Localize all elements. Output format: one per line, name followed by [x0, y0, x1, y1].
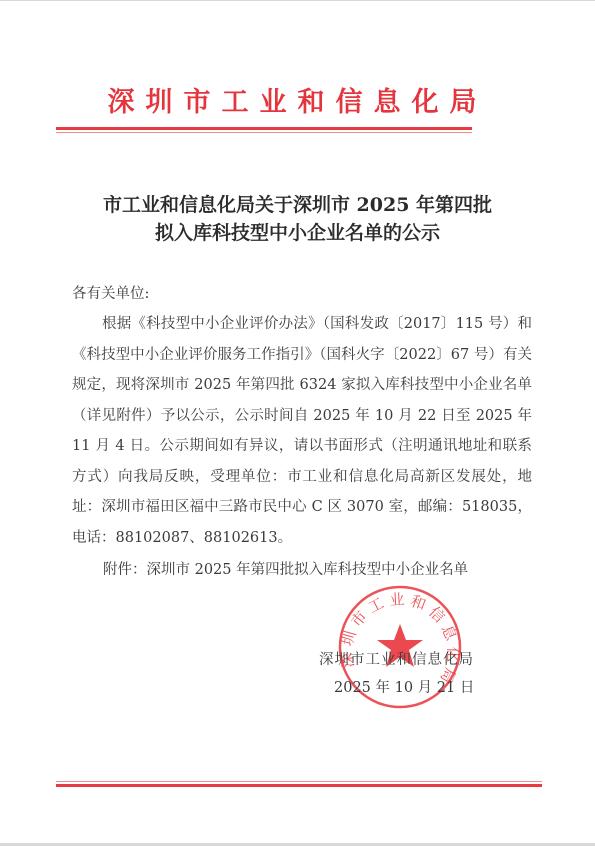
- attachment-note: 附件：深圳市 2025 年第四批拟入库科技型中小企业名单: [103, 558, 468, 579]
- header-red-line-thin: [56, 132, 472, 133]
- sign-date: 2025 年 10 月 21 日: [334, 676, 474, 697]
- header-red-line-thick: [56, 127, 472, 130]
- document-title: 市工业和信息化局关于深圳市 2025 年第四批 拟入库科技型中小企业名单的公示: [0, 191, 595, 247]
- top-border: [0, 0, 595, 1]
- title-line-2: 拟入库科技型中小企业名单的公示: [0, 219, 595, 247]
- footer-red-line-thin: [56, 781, 542, 782]
- body-paragraph: 根据《科技型中小企业评价办法》（国科发政〔2017〕115 号）和《科技型中小企…: [72, 309, 532, 553]
- issuer-header: 深圳市工业和信息化局: [0, 80, 595, 119]
- salutation: 各有关单位:: [72, 279, 532, 310]
- footer-red-line-thick: [56, 784, 542, 787]
- signer: 深圳市工业和信息化局: [319, 648, 474, 669]
- title-line-1: 市工业和信息化局关于深圳市 2025 年第四批: [0, 191, 595, 219]
